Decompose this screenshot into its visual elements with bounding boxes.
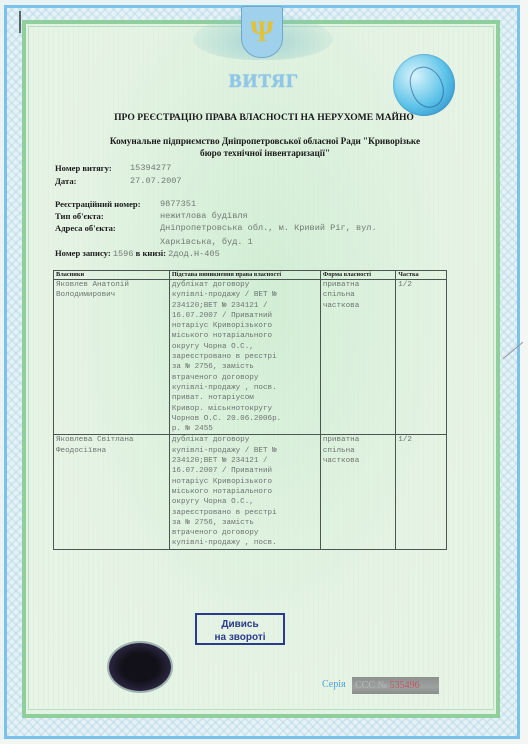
- issuing-organization: Комунальне підприємство Дніпропетровсько…: [100, 135, 430, 159]
- document-title: ПРО РЕЄСТРАЦІЮ ПРАВА ВЛАСНОСТІ НА НЕРУХО…: [0, 112, 528, 123]
- object-address-label: Адреса об'єкта:: [55, 223, 116, 233]
- basis-cell-line: зареєстровано в реєстрі: [172, 508, 318, 518]
- registration-number-value: 9877351: [160, 199, 196, 209]
- table-row: Яковлев АнатолійВолодимировичдублікат до…: [54, 280, 447, 435]
- owner-cell-line: Яковлева Світлана: [56, 435, 167, 445]
- table-row: Яковлева СвітланаФеодосіївнадублікат дог…: [54, 435, 447, 549]
- record-number-value: 1596: [113, 249, 134, 259]
- basis-cell-line: міського нотаріального: [172, 487, 318, 497]
- ownership-form-cell-line: приватна: [323, 280, 393, 290]
- basis-cell-line: за № 2756, замість: [172, 362, 318, 372]
- basis-cell-line: 234120;ВЕТ № 234121 /: [172, 301, 318, 311]
- ukraine-hologram-seal-icon: [109, 643, 171, 691]
- series-label: Серія: [322, 679, 346, 690]
- stamp-line1: Дивись: [197, 618, 283, 631]
- date-label: Дата:: [55, 176, 76, 186]
- object-address-line2-row: Харківська, буд. 1: [160, 236, 253, 247]
- basis-cell-line: втраченого договору: [172, 528, 318, 538]
- date-row: Дата: 27.07.2007: [55, 176, 76, 186]
- ownership-form-cell: приватнаспільначасткова: [320, 280, 395, 435]
- basis-cell-line: нотаріус Криворізького: [172, 321, 318, 331]
- basis-cell-line: 234120;ВЕТ № 234121 /: [172, 456, 318, 466]
- basis-cell-line: зареєстровано в реєстрі: [172, 352, 318, 362]
- book-value: 2дод.Н-405: [168, 249, 220, 259]
- trident-coat-of-arms-icon: Ψ: [241, 6, 283, 58]
- basis-cell-line: Кривор. міськнотокругу: [172, 404, 318, 414]
- ownership-form-cell-line: приватна: [323, 435, 393, 445]
- registration-number-row: Реєстраційний номер: 9877351: [55, 199, 141, 209]
- header-owners: Власники: [54, 271, 170, 280]
- ownership-form-cell: приватнаспільначасткова: [320, 435, 395, 549]
- basis-cell-line: нотаріус Криворізького: [172, 477, 318, 487]
- owner-cell: Яковлев АнатолійВолодимирович: [54, 280, 170, 435]
- basis-cell: дублікат договорукупівлі-продажу / ВЕТ №…: [169, 280, 320, 435]
- basis-cell-line: міського нотаріального: [172, 331, 318, 341]
- basis-cell-line: Чорнов О.С. 20.06.2006р.: [172, 414, 318, 424]
- book-label: в книзі:: [136, 248, 166, 258]
- basis-cell-line: купівлі-продажу , посв.: [172, 383, 318, 393]
- series-number-box: ССС № 535496: [352, 677, 439, 694]
- ownership-form-cell-line: часткова: [323, 301, 393, 311]
- object-address-row: Адреса об'єкта: Дніпропетровська обл., м…: [55, 223, 116, 233]
- object-type-value: нежитлова будівля: [160, 211, 248, 221]
- share-cell: 1/2: [396, 280, 447, 435]
- header-basis: Підстава виникнення права власності: [169, 271, 320, 280]
- basis-cell-line: приват. нотаріусом: [172, 393, 318, 403]
- owner-cell: Яковлева СвітланаФеодосіївна: [54, 435, 170, 549]
- owner-cell-line: Яковлев Анатолій: [56, 280, 167, 290]
- scan-mark: [19, 11, 21, 33]
- basis-cell-line: купівлі-продажу / ВЕТ №: [172, 290, 318, 300]
- owner-cell-line: Володимирович: [56, 290, 167, 300]
- ukraine-globe-hologram-icon: [393, 54, 455, 116]
- extract-number-value: 15394277: [130, 163, 171, 173]
- basis-cell-line: купівлі-продажу , посв.: [172, 538, 318, 548]
- ownership-form-cell-line: спільна: [323, 446, 393, 456]
- share-cell: 1/2: [396, 435, 447, 549]
- registration-number-label: Реєстраційний номер:: [55, 199, 141, 209]
- series-number: 535496: [390, 680, 420, 691]
- basis-cell-line: дублікат договору: [172, 280, 318, 290]
- object-type-row: Тип об'єкта: нежитлова будівля: [55, 211, 104, 221]
- header-ownership-form: Форма власності: [320, 271, 395, 280]
- date-value: 27.07.2007: [130, 176, 182, 186]
- record-number-label: Номер запису:: [55, 248, 111, 258]
- header-share: Частка: [396, 271, 447, 280]
- extract-number-row: Номер витягу: 15394277: [55, 163, 112, 173]
- basis-cell-line: 16.07.2007 / Приватний: [172, 311, 318, 321]
- owner-cell-line: Феодосіївна: [56, 446, 167, 456]
- basis-cell-line: округу Чорна О.С.,: [172, 497, 318, 507]
- basis-cell-line: втраченого договору: [172, 373, 318, 383]
- see-reverse-stamp: Дивись на звороті: [195, 613, 285, 645]
- object-type-label: Тип об'єкта:: [55, 211, 104, 221]
- table-header-row: Власники Підстава виникнення права власн…: [54, 271, 447, 280]
- basis-cell: дублікат договорукупівлі-продажу / ВЕТ №…: [169, 435, 320, 549]
- record-number-row: Номер запису: 1596 в книзі: 2дод.Н-405: [55, 248, 220, 259]
- extract-number-label: Номер витягу:: [55, 163, 112, 173]
- basis-cell-line: за № 2756, замість: [172, 518, 318, 528]
- object-address-line1: Дніпропетровська обл., м. Кривий Ріг, ву…: [160, 223, 377, 233]
- ownership-form-cell-line: спільна: [323, 290, 393, 300]
- object-address-line2: Харківська, буд. 1: [160, 237, 253, 247]
- basis-cell-line: дублікат договору: [172, 435, 318, 445]
- basis-cell-line: р. № 2455: [172, 424, 318, 434]
- basis-cell-line: округу Чорна О.С.,: [172, 342, 318, 352]
- basis-cell-line: купівлі-продажу / ВЕТ №: [172, 446, 318, 456]
- basis-cell-line: 16.07.2007 / Приватний: [172, 466, 318, 476]
- ownership-form-cell-line: часткова: [323, 456, 393, 466]
- series-code: ССС №: [355, 680, 387, 691]
- owners-table: Власники Підстава виникнення права власн…: [53, 270, 447, 550]
- stamp-line2: на звороті: [197, 631, 283, 644]
